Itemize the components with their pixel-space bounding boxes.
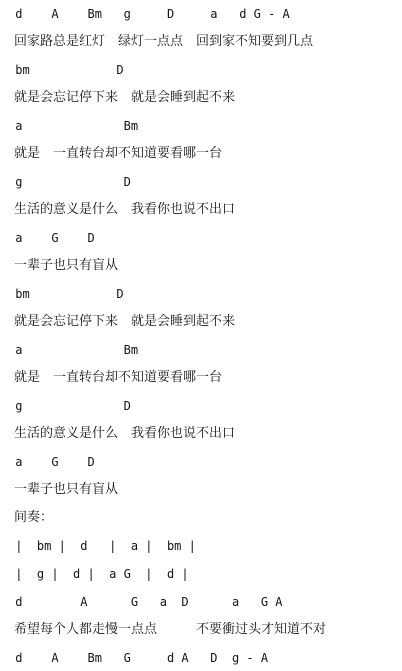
lyric-line: 希望每个人都走慢一点点 不要衝过头才知道不对 [0,616,402,644]
chord-line: a Bm [0,112,402,140]
chord-line: bm D [0,56,402,84]
bar-progression-line: | g | d | a G | d | [0,560,402,588]
lyric-line: 一辈子也只有盲从 [0,252,402,280]
lyric-line: 生活的意义是什么 我看你也说不出口 [0,420,402,448]
chord-line: g D [0,392,402,420]
chord-line: g D [0,168,402,196]
lyric-line: 一辈子也只有盲从 [0,476,402,504]
bar-progression-line: | bm | d | a | bm | [0,532,402,560]
lyric-line: 就是会忘记停下来 就是会睡到起不来 [0,84,402,112]
chord-line: d A Bm G d A D g - A [0,644,402,671]
lyric-line: 就是 一直转台却不知道要看哪一台 [0,364,402,392]
chord-line: a G D [0,224,402,252]
lyric-line: 就是 一直转台却不知道要看哪一台 [0,140,402,168]
lyric-line: 回家路总是红灯 绿灯一点点 回到家不知要到几点 [0,28,402,56]
chord-line: d A G a D a G A [0,588,402,616]
lyric-line: 就是会忘记停下来 就是会睡到起不来 [0,308,402,336]
lyric-line: 生活的意义是什么 我看你也说不出口 [0,196,402,224]
section-label-interlude: 间奏： [0,504,402,532]
chord-sheet: d A Bm g D a d G - A 回家路总是红灯 绿灯一点点 回到家不知… [0,0,402,671]
chord-line: bm D [0,280,402,308]
chord-line: d A Bm g D a d G - A [0,0,402,28]
chord-line: a G D [0,448,402,476]
chord-line: a Bm [0,336,402,364]
